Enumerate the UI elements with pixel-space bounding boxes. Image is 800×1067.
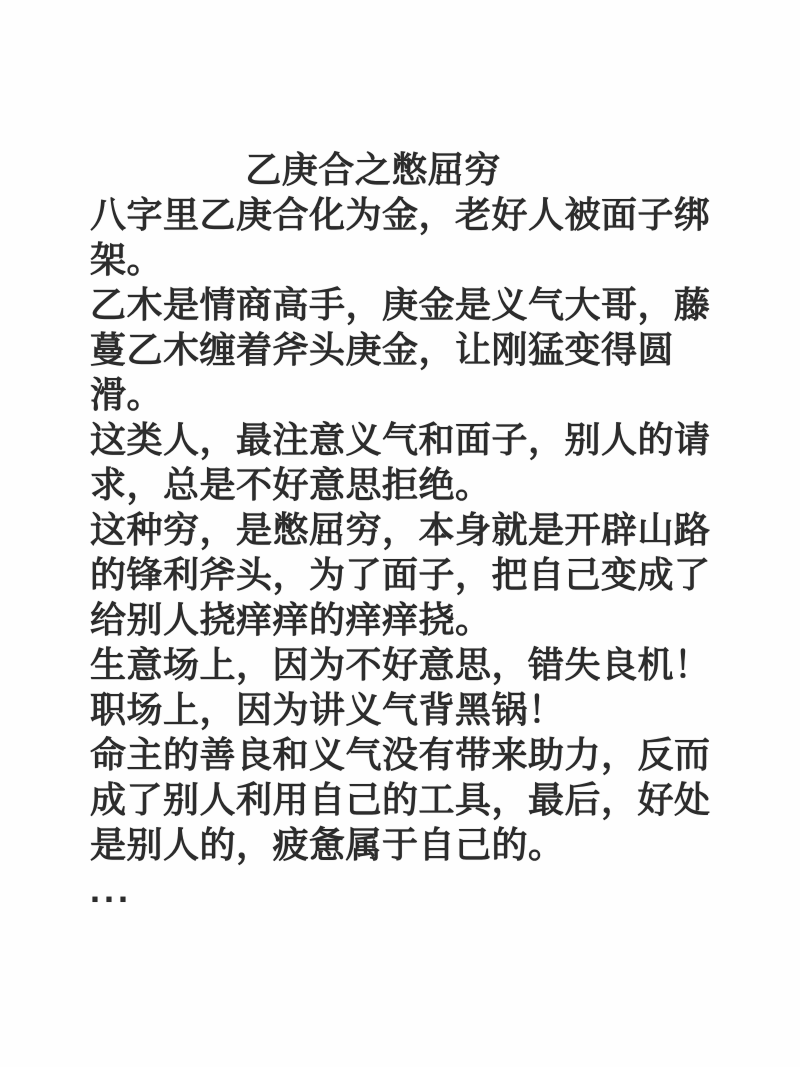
- article-line-7: 求，总是不好意思拒绝。: [90, 462, 712, 507]
- article-line-8: 这种穷，是憋屈穷，本身就是开辟山路: [90, 507, 712, 552]
- article-title: 乙庚合之憋屈穷: [90, 147, 712, 192]
- article-line-10: 给别人挠痒痒的痒痒挠。: [90, 597, 712, 642]
- article-line-4: 蔓乙木缠着斧头庚金，让刚猛变得圆: [90, 327, 712, 372]
- article-line-11: 生意场上，因为不好意思，错失良机！: [90, 642, 712, 687]
- article-line-5: 滑。: [90, 372, 712, 417]
- article-line-2: 架。: [90, 237, 712, 282]
- article-text-block: 乙庚合之憋屈穷 八字里乙庚合化为金，老好人被面子绑 架。 乙木是情商高手，庚金是…: [90, 147, 712, 912]
- article-line-9: 的锋利斧头，为了面子，把自己变成了: [90, 552, 712, 597]
- article-line-13: 命主的善良和义气没有带来助力，反而: [90, 732, 712, 777]
- article-line-14: 成了别人利用自己的工具，最后，好处: [90, 777, 712, 822]
- article-line-12: 职场上，因为讲义气背黑锅！: [90, 687, 712, 732]
- article-line-3: 乙木是情商高手，庚金是义气大哥，藤: [90, 282, 712, 327]
- ellipsis-line: ...: [90, 867, 712, 912]
- article-line-15: 是别人的，疲惫属于自己的。: [90, 822, 712, 867]
- article-page: 乙庚合之憋屈穷 八字里乙庚合化为金，老好人被面子绑 架。 乙木是情商高手，庚金是…: [0, 0, 800, 1067]
- article-line-6: 这类人，最注意义气和面子，别人的请: [90, 417, 712, 462]
- article-line-1: 八字里乙庚合化为金，老好人被面子绑: [90, 192, 712, 237]
